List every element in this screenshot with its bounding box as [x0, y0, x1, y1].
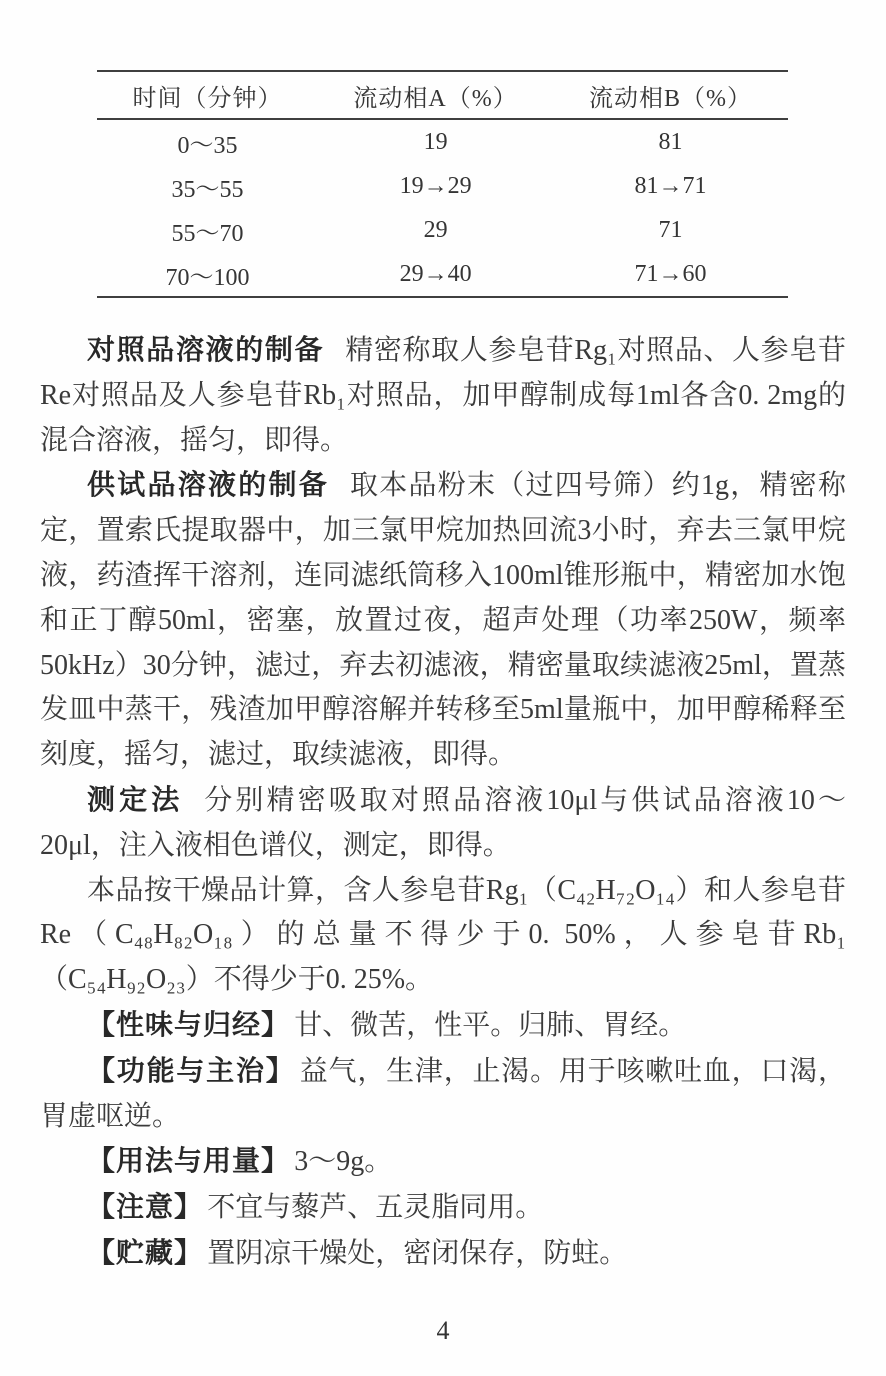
table-row: 0～35 19 81 [97, 119, 788, 164]
cell-phase-a: 29 [318, 208, 553, 252]
paragraph-heading: 【用法与用量】 [87, 1145, 290, 1176]
cell-time: 35～55 [97, 164, 318, 208]
paragraph-heading: 【功能与主治】 [87, 1055, 296, 1086]
paragraph-storage: 【贮藏】置阴凉干燥处，密闭保存，防蛀。 [40, 1231, 846, 1277]
paragraph-heading: 【贮藏】 [87, 1237, 203, 1268]
cell-time: 55～70 [97, 208, 318, 252]
cell-phase-a: 19 [318, 119, 553, 164]
col-header-mobile-phase-a: 流动相A（%） [318, 71, 553, 119]
hplc-gradient-table: 时间（分钟） 流动相A（%） 流动相B（%） 0～35 19 81 35～55 … [97, 70, 788, 298]
cell-phase-b: 71 [553, 208, 788, 252]
paragraph-heading: 【注意】 [87, 1191, 203, 1222]
paragraph-body: 3～9g。 [294, 1146, 392, 1177]
cell-time: 0～35 [97, 119, 318, 164]
paragraph-caution: 【注意】不宜与藜芦、五灵脂同用。 [40, 1185, 846, 1231]
paragraph-body: 取本品粉末（过四号筛）约1g，精密称定，置索氏提取器中，加三氯甲烷加热回流3小时… [40, 470, 846, 770]
col-header-time: 时间（分钟） [97, 71, 318, 119]
paragraph-heading: 【性味与归经】 [87, 1009, 290, 1040]
table-row: 70～100 29→40 71→60 [97, 252, 788, 297]
paragraph-heading: 对照品溶液的制备 [87, 334, 324, 365]
cell-phase-a: 29→40 [318, 252, 553, 297]
table-header-row: 时间（分钟） 流动相A（%） 流动相B（%） [97, 71, 788, 119]
col-header-mobile-phase-b: 流动相B（%） [553, 71, 788, 119]
cell-time: 70～100 [97, 252, 318, 297]
paragraph-test-solution: 供试品溶液的制备取本品粉末（过四号筛）约1g，精密称定，置索氏提取器中，加三氯甲… [40, 463, 846, 778]
cell-phase-b: 81 [553, 119, 788, 164]
paragraph-body: 本品按干燥品计算，含人参皂苷Rg₁（C₄₂H₇₂O₁₄）和人参皂苷Re（C₄₈H… [40, 875, 846, 996]
cell-phase-a: 19→29 [318, 164, 553, 208]
paragraph-body: 甘、微苦，性平。归肺、胃经。 [294, 1010, 686, 1041]
page-number: 4 [0, 1316, 886, 1346]
paragraph-heading: 测定法 [87, 784, 183, 815]
paragraph-heading: 供试品溶液的制备 [87, 469, 329, 500]
monograph-text: 对照品溶液的制备精密称取人参皂苷Rg₁对照品、人参皂苷Re对照品及人参皂苷Rb₁… [40, 328, 846, 1277]
paragraph-dosage: 【用法与用量】3～9g。 [40, 1139, 846, 1185]
paragraph-body: 不宜与藜芦、五灵脂同用。 [207, 1192, 543, 1223]
paragraph-reference-solution: 对照品溶液的制备精密称取人参皂苷Rg₁对照品、人参皂苷Re对照品及人参皂苷Rb₁… [40, 328, 846, 463]
table-row: 35～55 19→29 81→71 [97, 164, 788, 208]
table-row: 55～70 29 71 [97, 208, 788, 252]
cell-phase-b: 71→60 [553, 252, 788, 297]
paragraph-assay-method: 测定法分别精密吸取对照品溶液10μl与供试品溶液10～20μl，注入液相色谱仪，… [40, 778, 846, 869]
paragraph-property-meridian: 【性味与归经】甘、微苦，性平。归肺、胃经。 [40, 1003, 846, 1049]
paragraph-content-limit: 本品按干燥品计算，含人参皂苷Rg₁（C₄₂H₇₂O₁₄）和人参皂苷Re（C₄₈H… [40, 869, 846, 1003]
paragraph-body: 置阴凉干燥处，密闭保存，防蛀。 [207, 1238, 627, 1269]
cell-phase-b: 81→71 [553, 164, 788, 208]
pharmacopoeia-page: 时间（分钟） 流动相A（%） 流动相B（%） 0～35 19 81 35～55 … [0, 0, 886, 1376]
paragraph-function-indication: 【功能与主治】益气，生津，止渴。用于咳嗽吐血，口渴，胃虚呕逆。 [40, 1049, 846, 1140]
